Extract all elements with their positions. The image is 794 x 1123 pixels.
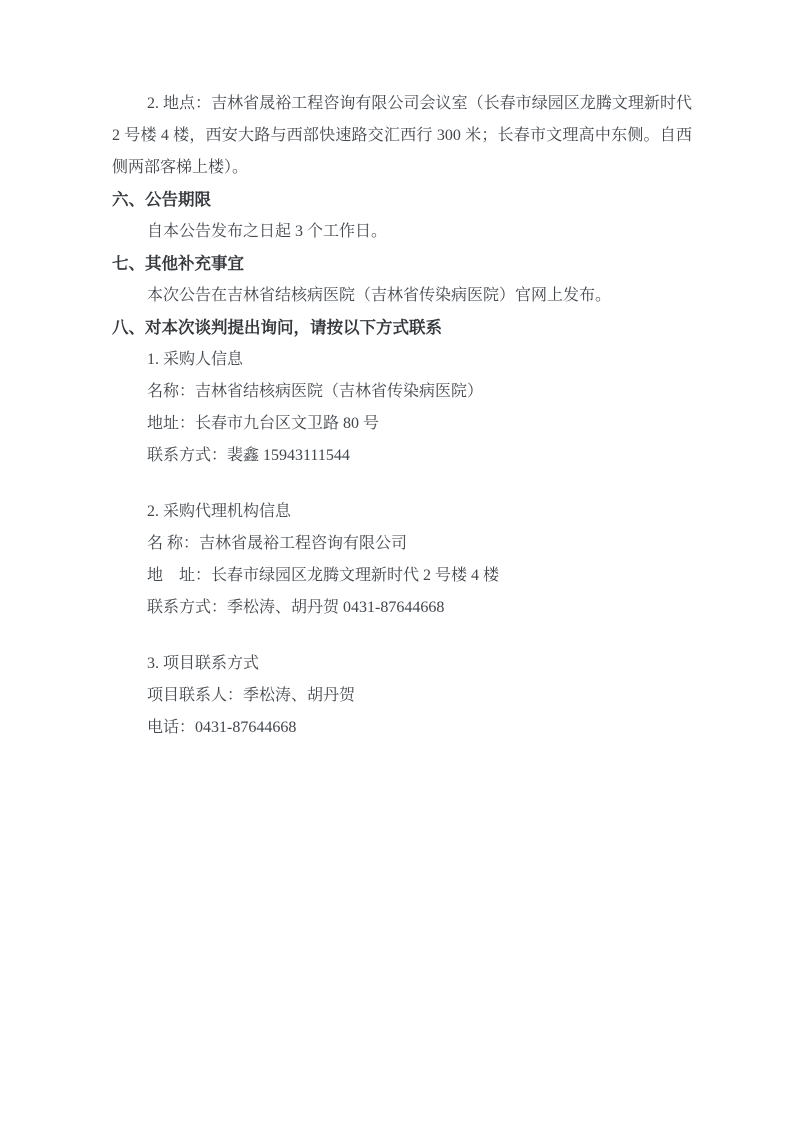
project-contact-phone: 电话：0431-87644668 bbox=[112, 712, 692, 744]
agency-info-title: 2. 采购代理机构信息 bbox=[112, 496, 692, 528]
agency-address: 地 址：长春市绿园区龙腾文理新时代 2 号楼 4 楼 bbox=[112, 560, 692, 592]
heading-section-6-announcement-period: 六、公告期限 bbox=[112, 184, 692, 216]
paragraph-meeting-location: 2. 地点：吉林省晟裕工程咨询有限公司会议室（长春市绿园区龙腾文理新时代 2 号… bbox=[112, 88, 692, 184]
purchaser-contact: 联系方式：裴鑫 15943111544 bbox=[112, 440, 692, 472]
purchaser-info-title: 1. 采购人信息 bbox=[112, 344, 692, 376]
agency-name: 名 称：吉林省晟裕工程咨询有限公司 bbox=[112, 528, 692, 560]
blank-line bbox=[112, 624, 692, 648]
purchaser-name: 名称：吉林省结核病医院（吉林省传染病医院） bbox=[112, 376, 692, 408]
agency-contact: 联系方式：季松涛、胡丹贺 0431-87644668 bbox=[112, 592, 692, 624]
paragraph-other-matters: 本次公告在吉林省结核病医院（吉林省传染病医院）官网上发布。 bbox=[112, 280, 692, 312]
heading-section-7-other-matters: 七、其他补充事宜 bbox=[112, 248, 692, 280]
project-contact-person: 项目联系人：季松涛、胡丹贺 bbox=[112, 680, 692, 712]
document-page: 2. 地点：吉林省晟裕工程咨询有限公司会议室（长春市绿园区龙腾文理新时代 2 号… bbox=[0, 0, 794, 1123]
heading-section-8-contact-methods: 八、对本次谈判提出询问，请按以下方式联系 bbox=[112, 312, 692, 344]
paragraph-announcement-period: 自本公告发布之日起 3 个工作日。 bbox=[112, 216, 692, 248]
purchaser-address: 地址：长春市九台区文卫路 80 号 bbox=[112, 408, 692, 440]
project-contact-title: 3. 项目联系方式 bbox=[112, 648, 692, 680]
blank-line bbox=[112, 472, 692, 496]
